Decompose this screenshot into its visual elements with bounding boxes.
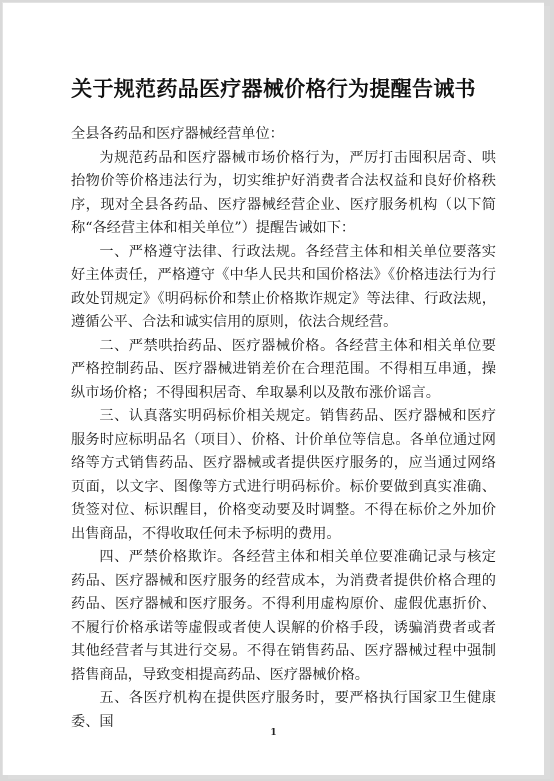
paragraph-item-2: 二、严禁哄抬药品、医疗器械价格。各经营主体和相关单位要严格控制药品、医疗器械进销… <box>71 335 496 406</box>
salutation: 全县各药品和医疗器械经营单位： <box>71 123 496 147</box>
document-page: 关于规范药品医疗器械价格行为提醒告诫书 全县各药品和医疗器械经营单位： 为规范药… <box>2 2 544 775</box>
paragraph-item-5: 五、各医疗机构在提供医疗服务时，要严格执行国家卫生健康委、国 <box>71 687 496 734</box>
document-title: 关于规范药品医疗器械价格行为提醒告诫书 <box>3 73 544 103</box>
document-body: 全县各药品和医疗器械经营单位： 为规范药品和医疗器械市场价格行为，严厉打击囤积居… <box>71 123 496 734</box>
page-number: 1 <box>3 728 544 738</box>
paragraph-item-4: 四、严禁价格欺诈。各经营主体和相关单位要准确记录与核定药品、医疗器械和医疗服务的… <box>71 546 496 687</box>
paragraph-item-1: 一、严格遵守法律、行政法规。各经营主体和相关单位要落实好主体责任，严格遵守《中华… <box>71 241 496 335</box>
paragraph-intro: 为规范药品和医疗器械市场价格行为，严厉打击囤积居奇、哄抬物价等价格违法行为，切实… <box>71 147 496 241</box>
paragraph-item-3: 三、认真落实明码标价相关规定。销售药品、医疗器械和医疗服务时应标明品名（项目）、… <box>71 405 496 546</box>
